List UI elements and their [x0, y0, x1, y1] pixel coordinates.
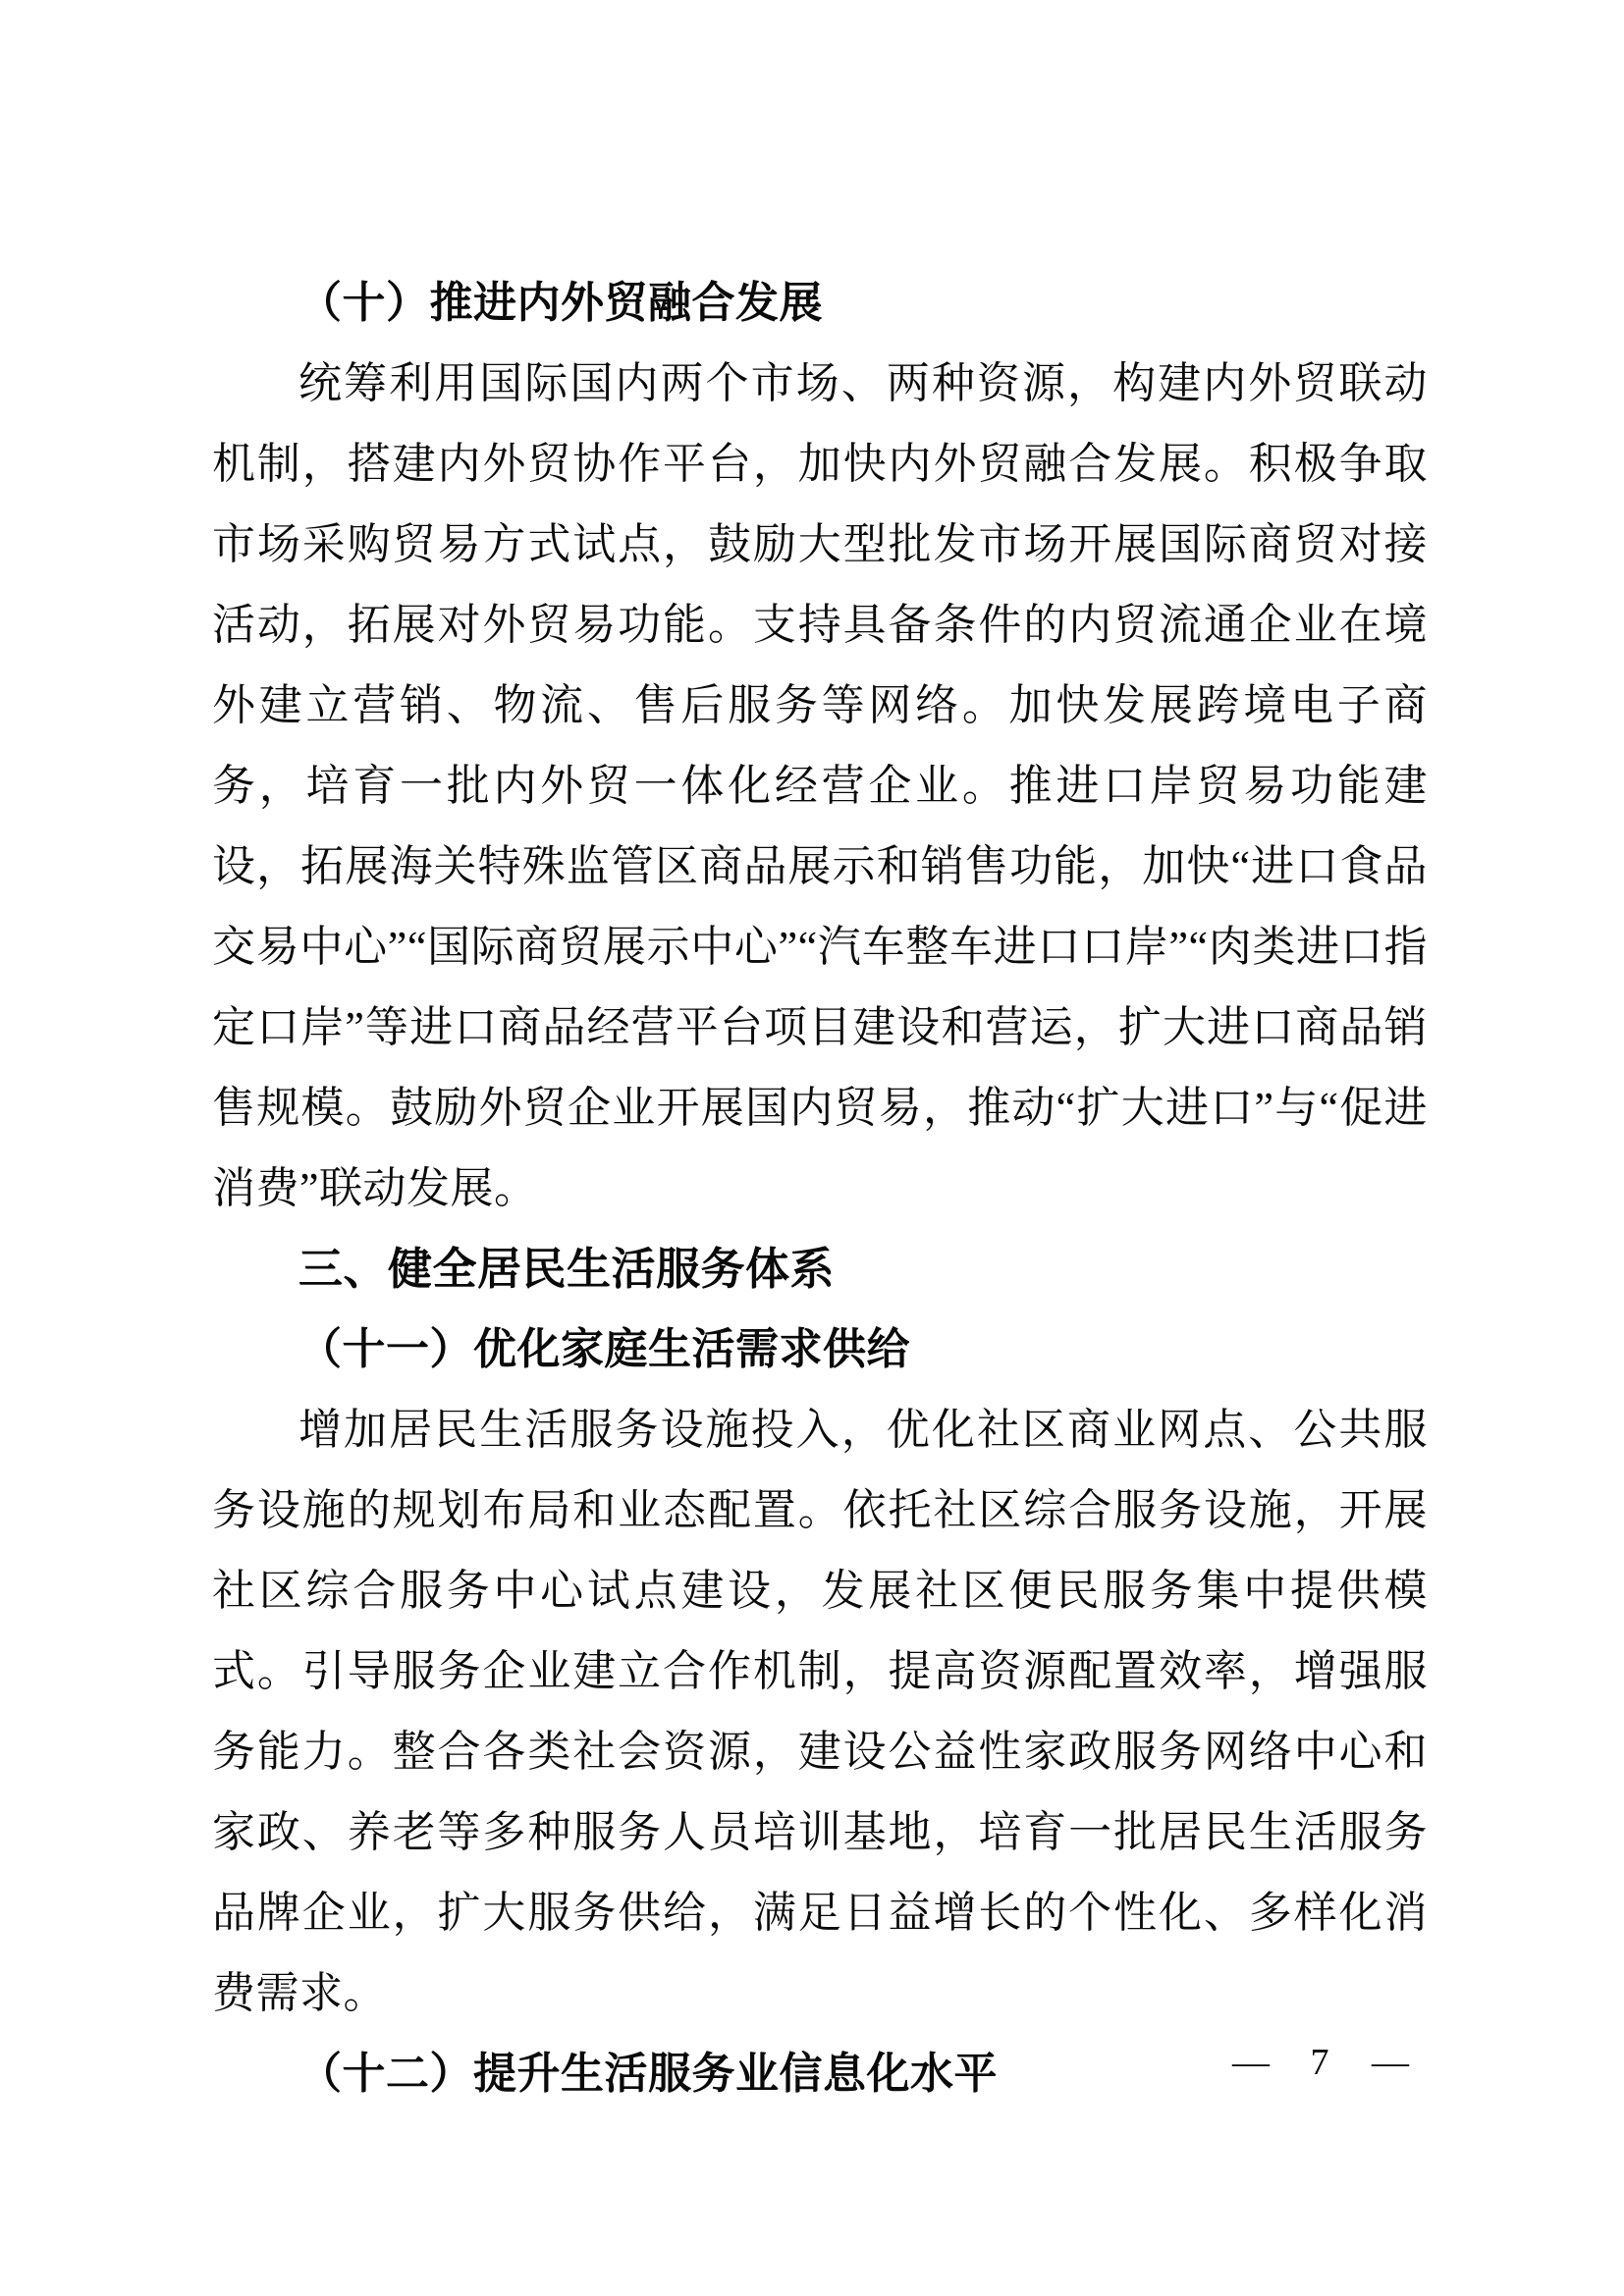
- section-heading-3: 三、健全居民生活服务体系: [212, 1229, 1428, 1309]
- page-number: 7: [1311, 2040, 1329, 2085]
- paragraph-resident-life-services: 增加居民生活服务设施投入，优化社区商业网点、公共服务设施的规划布局和业态配置。依…: [212, 1390, 1428, 2034]
- paragraph-foreign-trade-integration: 统筹利用国际国内两个市场、两种资源，构建内外贸联动机制，搭建内外贸协作平台，加快…: [212, 344, 1428, 1229]
- page-number-left-dash: —: [1232, 2040, 1268, 2085]
- clause-heading-11: （十一）优化家庭生活需求供给: [212, 1309, 1428, 1390]
- document-body: （十）推进内外贸融合发展 统筹利用国际国内两个市场、两种资源，构建内外贸联动机制…: [212, 263, 1428, 2114]
- clause-heading-10: （十）推进内外贸融合发展: [212, 263, 1428, 344]
- page-number-right-dash: —: [1372, 2040, 1407, 2085]
- document-page: （十）推进内外贸融合发展 统筹利用国际国内两个市场、两种资源，构建内外贸联动机制…: [0, 0, 1624, 2296]
- page-footer: — 7 —: [1232, 2040, 1407, 2085]
